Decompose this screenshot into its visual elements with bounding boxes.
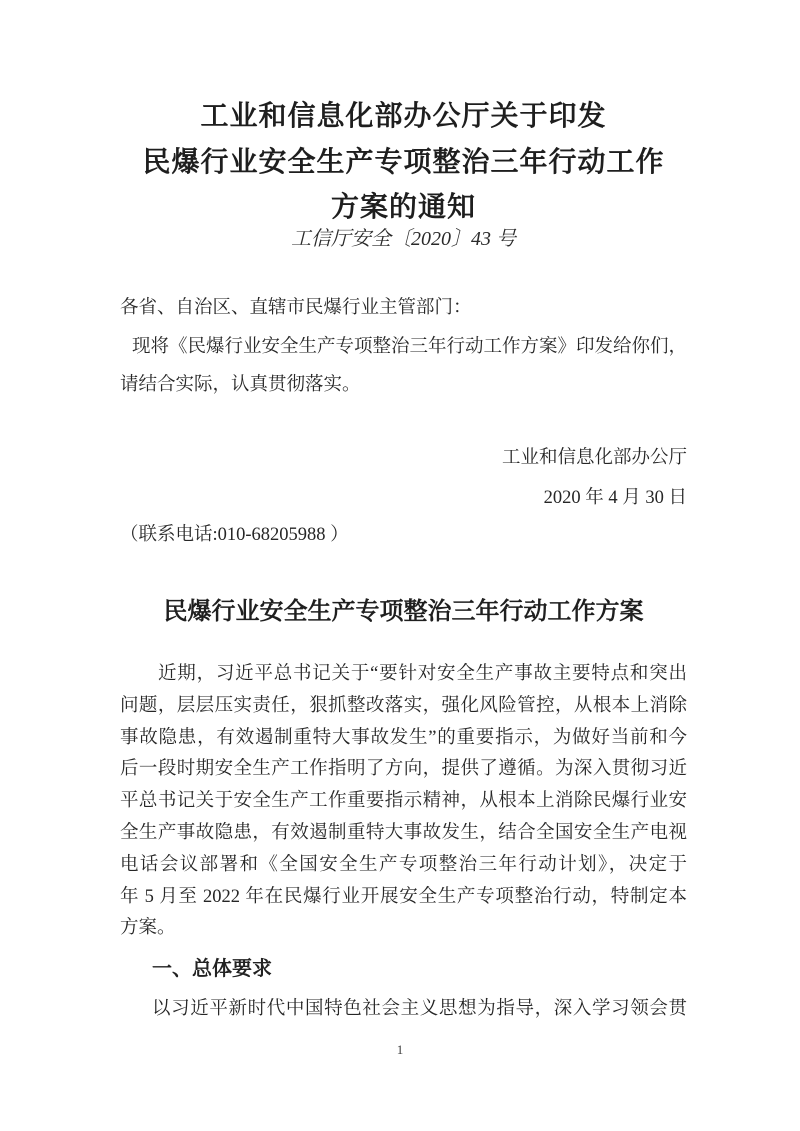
notice-page: 工业和信息化部办公厅关于印发 民爆行业安全生产专项整治三年行动工作 方案的通知 … bbox=[0, 0, 800, 1131]
doc-title: 工业和信息化部办公厅关于印发 民爆行业安全生产专项整治三年行动工作 方案的通知 bbox=[120, 94, 687, 231]
intro-line-1: 近期，习近平总书记关于“要针对安全生产事故主要特点和突出 bbox=[120, 659, 687, 691]
intro-line-7: 电话会议部署和《全国安全生产专项整治三年行动计划》，决定于 2020 bbox=[120, 850, 687, 882]
notice-body-line-2: 请结合实际，认真贯彻落实。 bbox=[120, 372, 687, 398]
section-1-line-1: 以习近平新时代中国特色社会主义思想为指导，深入学习领会贯 bbox=[120, 996, 687, 1022]
intro-line-6: 全生产事故隐患，有效遏制重特大事故发生，结合全国安全生产电视 bbox=[120, 818, 687, 850]
salutation: 各省、自治区、直辖市民爆行业主管部门： bbox=[120, 295, 687, 321]
doc-number: 工信厅安全〔2020〕43 号 bbox=[120, 226, 687, 252]
intro-line-5: 平总书记关于安全生产工作重要指示精神，从根本上消除民爆行业安 bbox=[120, 786, 687, 818]
intro-line-4: 后一段时期安全生产工作指明了方向，提供了遵循。为深入贯彻习近 bbox=[120, 754, 687, 786]
intro-line-8: 年 5 月至 2022 年在民爆行业开展安全生产专项整治行动，特制定本 bbox=[120, 882, 687, 914]
page-number: 1 bbox=[0, 1042, 800, 1058]
intro-line-9: 方案。 bbox=[120, 913, 687, 945]
signature-org: 工业和信息化部办公厅 bbox=[120, 445, 687, 471]
doc-title-line-2: 民爆行业安全生产专项整治三年行动工作 bbox=[120, 140, 687, 186]
attachment-title: 民爆行业安全生产专项整治三年行动工作方案 bbox=[120, 597, 687, 627]
signature-date: 2020 年 4 月 30 日 bbox=[120, 485, 687, 511]
section-1-heading: 一、总体要求 bbox=[120, 956, 687, 982]
intro-line-2: 问题，层层压实责任，狠抓整改落实，强化风险管控，从根本上消除 bbox=[120, 691, 687, 723]
doc-title-line-1: 工业和信息化部办公厅关于印发 bbox=[120, 94, 687, 140]
attachment-intro-paragraph: 近期，习近平总书记关于“要针对安全生产事故主要特点和突出 问题，层层压实责任，狠… bbox=[120, 659, 687, 945]
doc-title-line-3: 方案的通知 bbox=[120, 185, 687, 231]
notice-body-line-1: 现将《民爆行业安全生产专项整治三年行动工作方案》印发给你们， bbox=[120, 334, 687, 360]
contact-phone: （联系电话:010-68205988 ） bbox=[120, 522, 687, 548]
intro-line-3: 事故隐患，有效遏制重特大事故发生”的重要指示，为做好当前和今 bbox=[120, 723, 687, 755]
